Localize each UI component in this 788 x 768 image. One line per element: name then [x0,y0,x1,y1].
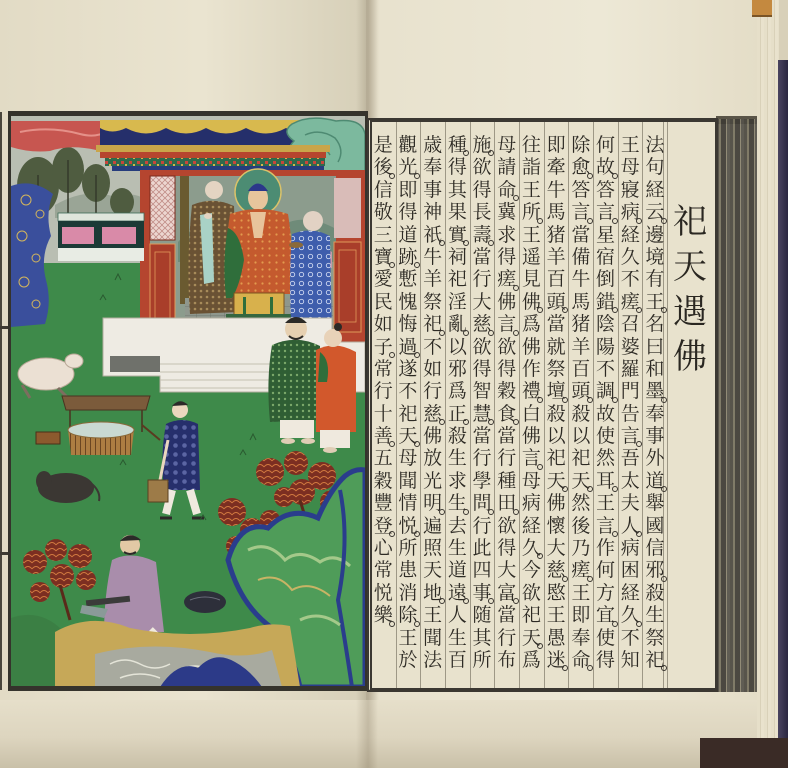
glyph: 求 [445,470,469,492]
glyph: 道 [396,224,420,246]
glyph: 得 [495,537,519,559]
glyph: 祀 [544,447,568,469]
glyph: 宿 [594,246,618,268]
glyph: 愧 [396,291,420,313]
glyph: 随 [470,604,494,626]
glyph: 後 [569,515,593,537]
glyph: 百 [544,268,568,290]
glyph: 有 [643,268,667,290]
glyph: 行 [421,380,445,402]
glyph: 外 [643,447,667,469]
glyph: 困 [618,559,642,581]
glyph: 経 [618,224,642,246]
glyph: 不 [396,380,420,402]
glyph: 生 [445,537,469,559]
glyph: 曰 [643,336,667,358]
glyph: 王 [569,582,593,604]
glyph: 天 [421,559,445,581]
glyph: 殺 [643,582,667,604]
glyph: 當 [470,425,494,447]
text-column: 法句経云。邊境有王。名曰和墨。奉事外道。舉國信邪。殺生祭祀。 [643,134,668,671]
glyph: 陰 [594,313,618,335]
chapter-title: 祀天遇佛 [668,200,712,380]
glyph: 今 [519,559,543,581]
glyph: 穀 [495,380,519,402]
text-column: 觀光。即得道跡。慙愧悔過。遂不祀天。母聞情悦。所患消除。王於 [396,134,421,671]
glyph: 大 [470,291,494,313]
glyph: 羊 [421,268,445,290]
glyph: 五 [371,447,395,469]
glyph: 行 [371,380,395,402]
glyph: 奉 [569,627,593,649]
glyph: 答 [569,179,593,201]
glyph: 百 [569,358,593,380]
glyph: 遂 [396,358,420,380]
glyph: 白 [519,403,543,425]
glyph: 経 [519,515,543,537]
glyph: 詣 [519,156,543,178]
glyph: 祭 [643,627,667,649]
glyph: 殺 [544,403,568,425]
glyph: 爲 [519,313,543,335]
glyph: 即 [396,179,420,201]
glyph: 種 [495,470,519,492]
glyph: 久 [618,246,642,268]
glyph: 慙 [396,268,420,290]
glyph: 放 [421,447,445,469]
illustration-frame [8,111,368,691]
glyph: 殺 [445,425,469,447]
glyph: 所 [396,537,420,559]
glyph: 名 [643,313,667,335]
glyph: 常 [371,358,395,380]
glyph: 殺 [569,403,593,425]
glyph: 淫 [445,291,469,313]
glyph: 経 [618,582,642,604]
glyph: 佛 [421,425,445,447]
glyph: 欲 [519,582,543,604]
glyph: 三 [371,224,395,246]
glyph: 除 [569,134,593,156]
glyph: 豐 [371,492,395,514]
glyph: 知 [618,649,642,671]
glyph: 當 [569,224,593,246]
glyph: 遥 [519,246,543,268]
glyph: 以 [569,425,593,447]
glyph: 即 [544,134,568,156]
glyph: 経 [643,179,667,201]
glyph: 和 [643,358,667,380]
glyph: 然 [594,447,618,469]
glyph: 得 [445,156,469,178]
glyph: 民 [371,291,395,313]
glyph: 當 [470,246,494,268]
glyph: 祭 [421,291,445,313]
glyph: 遍 [421,515,445,537]
glyph: 神 [421,201,445,223]
glyph: 生 [643,604,667,626]
glyph: 奉 [643,403,667,425]
glyph: 得 [470,358,494,380]
glyph: 大 [495,559,519,581]
glyph: 欲 [495,515,519,537]
text-column: 歳奉事神祇。牛羊祭祀。不如行慈。佛放光明。遍照天地。王聞法 [420,134,445,671]
glyph: 病 [618,537,642,559]
glyph: 羅 [618,358,642,380]
glyph: 即 [569,604,593,626]
glyph: 門 [618,380,642,402]
glyph: 事 [643,425,667,447]
glyph: 以 [544,425,568,447]
glyph: 不 [421,336,445,358]
text-column: 母請命。冀求得瘥。佛言。欲得穀食。當行種田。欲得大富。當行布 [494,134,519,671]
glyph: 召 [618,313,642,335]
text-column: 施。欲得長壽。當行大慈。欲得智慧。當行學問。行此四事。随其所 [470,134,495,671]
glyph: 舉 [643,492,667,514]
glyph: 佛 [519,336,543,358]
glyph: 去 [445,515,469,537]
glyph: 如 [371,313,395,335]
glyph: 其 [445,179,469,201]
glyph: 照 [421,537,445,559]
glyph: 吾 [618,447,642,469]
glyph: 當 [495,425,519,447]
text-column: 王母寢病。経久不瘥。召婆羅門告言。吾太夫人。病困経久。不知 [618,134,643,671]
glyph: 佛 [668,335,712,380]
glyph: 牛 [421,246,445,268]
glyph: 祀 [519,604,543,626]
glyph: 牛 [544,179,568,201]
glyph: 祭 [544,358,568,380]
glyph: 爲 [519,649,543,671]
glyph: 學 [470,470,494,492]
glyph: 告 [618,403,642,425]
glyph: 祀 [668,200,712,245]
glyph: 馬 [569,291,593,313]
glyph: 四 [470,559,494,581]
glyph: 當 [495,604,519,626]
glyph: 信 [643,537,667,559]
glyph: 備 [569,246,593,268]
glyph: 猪 [569,313,593,335]
glyph: 法 [643,134,667,156]
glyph: 星 [594,224,618,246]
glyph: 境 [643,246,667,268]
text-column: 是後。信敬三寶。愛民如子。常行十善。五穀豐登。心常悦樂。 [371,134,396,627]
glyph: 寢 [618,179,642,201]
glyph: 悦 [371,582,395,604]
glyph: 祀 [569,447,593,469]
glyph: 佛 [519,425,543,447]
glyph: 道 [445,559,469,581]
glyph: 遇 [668,290,712,335]
glyph: 敬 [371,201,395,223]
glyph: 何 [594,559,618,581]
glyph: 母 [396,447,420,469]
glyph: 生 [445,627,469,649]
glyph: 答 [594,179,618,201]
glyph: 於 [396,649,420,671]
glyph: 邊 [643,224,667,246]
glyph: 羊 [569,336,593,358]
glyph: 陽 [594,336,618,358]
glyph: 奉 [421,156,445,178]
glyph: 十 [371,403,395,425]
glyph: 行 [470,447,494,469]
glyph: 就 [544,336,568,358]
glyph: 王 [396,627,420,649]
glyph: 得 [396,201,420,223]
glyph: 信 [371,179,395,201]
glyph: 愛 [371,268,395,290]
text-column: 往詣王所。王遥見佛。爲佛作禮。白佛言。母病経久。今欲祀天。爲 [519,134,544,671]
glyph: 牛 [569,268,593,290]
glyph: 穀 [371,470,395,492]
glyph: 母 [618,156,642,178]
glyph: 羊 [544,246,568,268]
glyph: 太 [618,470,642,492]
glyph: 得 [470,179,494,201]
glyph: 其 [470,627,494,649]
glyph: 倒 [594,268,618,290]
glyph: 爲 [445,380,469,402]
glyph: 猪 [544,224,568,246]
glyph: 悔 [396,313,420,335]
glyph: 行 [470,268,494,290]
glyph: 王 [519,179,543,201]
glyph: 果 [445,201,469,223]
glyph: 作 [594,537,618,559]
glyph: 王 [519,224,543,246]
glyph: 然 [569,492,593,514]
glyph: 觀 [396,134,420,156]
glyph: 是 [371,134,395,156]
glyph: 以 [445,336,469,358]
glyph: 王 [594,492,618,514]
glyph: 得 [495,358,519,380]
glyph: 所 [470,649,494,671]
glyph: 病 [519,492,543,514]
glyph: 光 [421,470,445,492]
glyph: 天 [668,245,712,290]
glyph: 得 [594,649,618,671]
glyph: 方 [594,582,618,604]
glyph: 情 [396,492,420,514]
glyph: 佛 [544,492,568,514]
glyph: 人 [445,604,469,626]
glyph: 馬 [544,201,568,223]
glyph: 作 [519,358,543,380]
glyph: 王 [618,134,642,156]
glyph: 愍 [544,582,568,604]
glyph: 求 [495,224,519,246]
glyph: 祀 [396,403,420,425]
glyph: 如 [421,358,445,380]
glyph: 何 [594,134,618,156]
glyph: 百 [445,649,469,671]
glyph: 大 [544,537,568,559]
glyph: 乃 [569,537,593,559]
glyph: 使 [594,425,618,447]
glyph: 國 [643,515,667,537]
glyph: 見 [519,268,543,290]
glyph: 行 [495,627,519,649]
glyph: 故 [594,403,618,425]
glyph: 夫 [618,492,642,514]
glyph: 句 [643,156,667,178]
glyph: 得 [495,246,519,268]
text-column: 種。得其果實。祠祀淫亂。以邪爲正。殺生求生。去生道遠。人生百 [445,134,470,671]
glyph: 歳 [421,134,445,156]
glyph: 生 [445,447,469,469]
glyph: 布 [495,649,519,671]
glyph: 此 [470,537,494,559]
glyph: 王 [544,604,568,626]
glyph: 事 [421,179,445,201]
text-column: 即牽牛馬猪羊百頭。當就祭壇。殺以祀天。佛懷大慈。愍王愚迷。 [544,134,569,671]
glyph: 佛 [495,291,519,313]
glyph: 祀 [445,268,469,290]
glyph: 聞 [421,627,445,649]
glyph: 愚 [544,627,568,649]
glyph: 當 [544,313,568,335]
text-column: 除愈。答言。當備牛馬猪羊百頭。殺以祀天。然後乃瘥。王即奉命。 [569,134,594,671]
glyph: 患 [396,559,420,581]
glyph: 消 [396,582,420,604]
glyph: 邪 [445,358,469,380]
glyph: 欲 [470,156,494,178]
glyph: 冀 [495,201,519,223]
glyph: 不 [594,358,618,380]
text-column: 何故。答言。星宿倒錯。陰陽不調。故使然耳。王言。作何方宜。使得 [593,134,618,671]
glyph: 母 [519,470,543,492]
glyph: 心 [371,537,395,559]
glyph: 欲 [470,336,494,358]
glyph: 懷 [544,515,568,537]
glyph: 不 [618,627,642,649]
glyph: 行 [470,515,494,537]
glyph: 祠 [445,246,469,268]
glyph: 王 [421,604,445,626]
glyph: 母 [495,134,519,156]
glyph: 聞 [396,470,420,492]
glyph: 請 [495,156,519,178]
glyph: 牽 [544,156,568,178]
glyph: 不 [618,268,642,290]
glyph: 常 [371,559,395,581]
glyph: 行 [495,447,519,469]
glyph: 婆 [618,336,642,358]
glyph: 法 [421,649,445,671]
glyph: 使 [594,627,618,649]
glyph: 欲 [495,336,519,358]
glyph: 智 [470,380,494,402]
glyph: 長 [470,201,494,223]
glyph: 往 [519,134,543,156]
fold-center-band [716,119,757,692]
